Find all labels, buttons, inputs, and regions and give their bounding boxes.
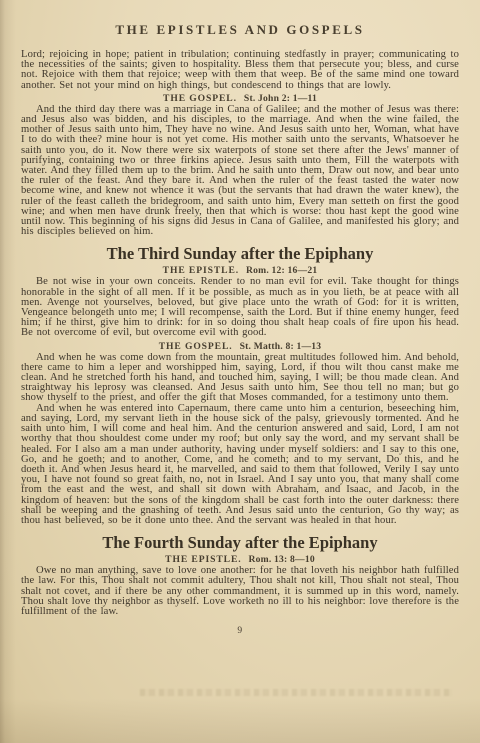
page-number: 9 — [21, 626, 459, 636]
paragraph-gospel-leper: And when he was come down from the mount… — [21, 353, 459, 404]
subhead-label: THE EPISTLE. — [163, 265, 239, 276]
subhead-reference: Rom. 12: 16—21 — [246, 265, 317, 276]
paragraph-epistle-conceits: Be not wise in your own conceits. Render… — [21, 277, 459, 338]
show-through-ghost-text — [140, 689, 452, 696]
paragraph-epistle-owe: Owe no man anything, save to love one an… — [21, 566, 459, 617]
subhead-label: THE GOSPEL. — [159, 341, 233, 352]
scripture-subhead-gospel-matthew: THE GOSPEL.St. Matth. 8: 1—13 — [21, 341, 459, 352]
scripture-subhead-gospel-john: THE GOSPEL.St. John 2: 1—11 — [21, 93, 459, 104]
section-heading-third-sunday: The Third Sunday after the Epiphany — [21, 245, 459, 263]
subhead-reference: St. John 2: 1—11 — [244, 93, 317, 104]
running-head-title: THE EPISTLES AND GOSPELS — [21, 22, 459, 38]
book-page: THE EPISTLES AND GOSPELS Lord; rejoicing… — [0, 0, 480, 743]
subhead-label: THE EPISTLE. — [165, 554, 241, 565]
scripture-subhead-epistle-rom13: THE EPISTLE.Rom. 13: 8—10 — [21, 554, 459, 565]
subhead-label: THE GOSPEL. — [163, 93, 237, 104]
paragraph-gospel-centurion: And when he was entered into Capernaum, … — [21, 404, 459, 526]
subhead-reference: Rom. 13: 8—10 — [249, 554, 315, 565]
paragraph-gospel-cana: And the third day there was a marriage i… — [21, 105, 459, 238]
scripture-subhead-epistle-rom12: THE EPISTLE.Rom. 12: 16—21 — [21, 265, 459, 276]
subhead-reference: St. Matth. 8: 1—13 — [240, 341, 322, 352]
paragraph-continuation-epistle: Lord; rejoicing in hope; patient in trib… — [21, 50, 459, 91]
text-block: THE EPISTLES AND GOSPELS Lord; rejoicing… — [21, 22, 459, 636]
section-heading-fourth-sunday: The Fourth Sunday after the Epiphany — [21, 534, 459, 552]
